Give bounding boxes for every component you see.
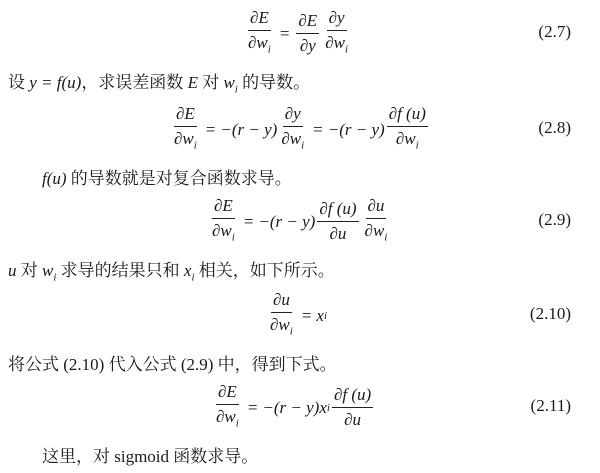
fraction: ∂E∂y [296, 11, 319, 56]
equation-2-11: ∂E∂wi = −(r − y)xi ∂f (u)∂u [212, 382, 375, 433]
fraction: ∂f (u)∂u [332, 385, 373, 430]
paragraph-5: 这里，对 sigmoid 函数求导。 [42, 442, 258, 467]
equation-2-8: ∂E∂wi = −(r − y) ∂y∂wi = −(r − y) ∂f (u)… [170, 104, 430, 155]
fraction: ∂E∂wi [172, 104, 199, 155]
fraction: ∂y∂wi [279, 104, 306, 155]
fraction: ∂E∂wi [210, 196, 237, 247]
paragraph-4: 将公式 (2.10) 代入公式 (2.9) 中，得到下式。 [8, 350, 337, 375]
equation-number: (2.9) [538, 210, 571, 230]
fraction: ∂u∂wi [363, 196, 390, 247]
equation-number: (2.8) [538, 118, 571, 138]
paragraph-1: 设 y = f(u)，求误差函数 E 对 wi 的导数。 [8, 68, 310, 95]
fraction: ∂f (u)∂u [317, 199, 358, 244]
fraction: ∂y∂wi [323, 8, 350, 59]
equation-number: (2.10) [530, 304, 571, 324]
paragraph-3: u 对 wi 求导的结果只和 xi 相关，如下所示。 [8, 256, 335, 283]
fraction: ∂E∂wi [246, 8, 273, 59]
equation-2-10: ∂u∂wi = xi [266, 290, 327, 341]
fraction: ∂u∂wi [268, 290, 295, 341]
paragraph-2: f(u) 的导数就是对复合函数求导。 [42, 164, 292, 189]
equation-2-7: ∂E∂wi = ∂E∂y ∂y∂wi [244, 8, 352, 59]
fraction: ∂f (u)∂wi [387, 104, 428, 155]
equation-number: (2.11) [531, 396, 571, 416]
equation-number: (2.7) [538, 22, 571, 42]
fraction: ∂E∂wi [214, 382, 241, 433]
equation-2-9: ∂E∂wi = −(r − y) ∂f (u)∂u ∂u∂wi [208, 196, 391, 247]
